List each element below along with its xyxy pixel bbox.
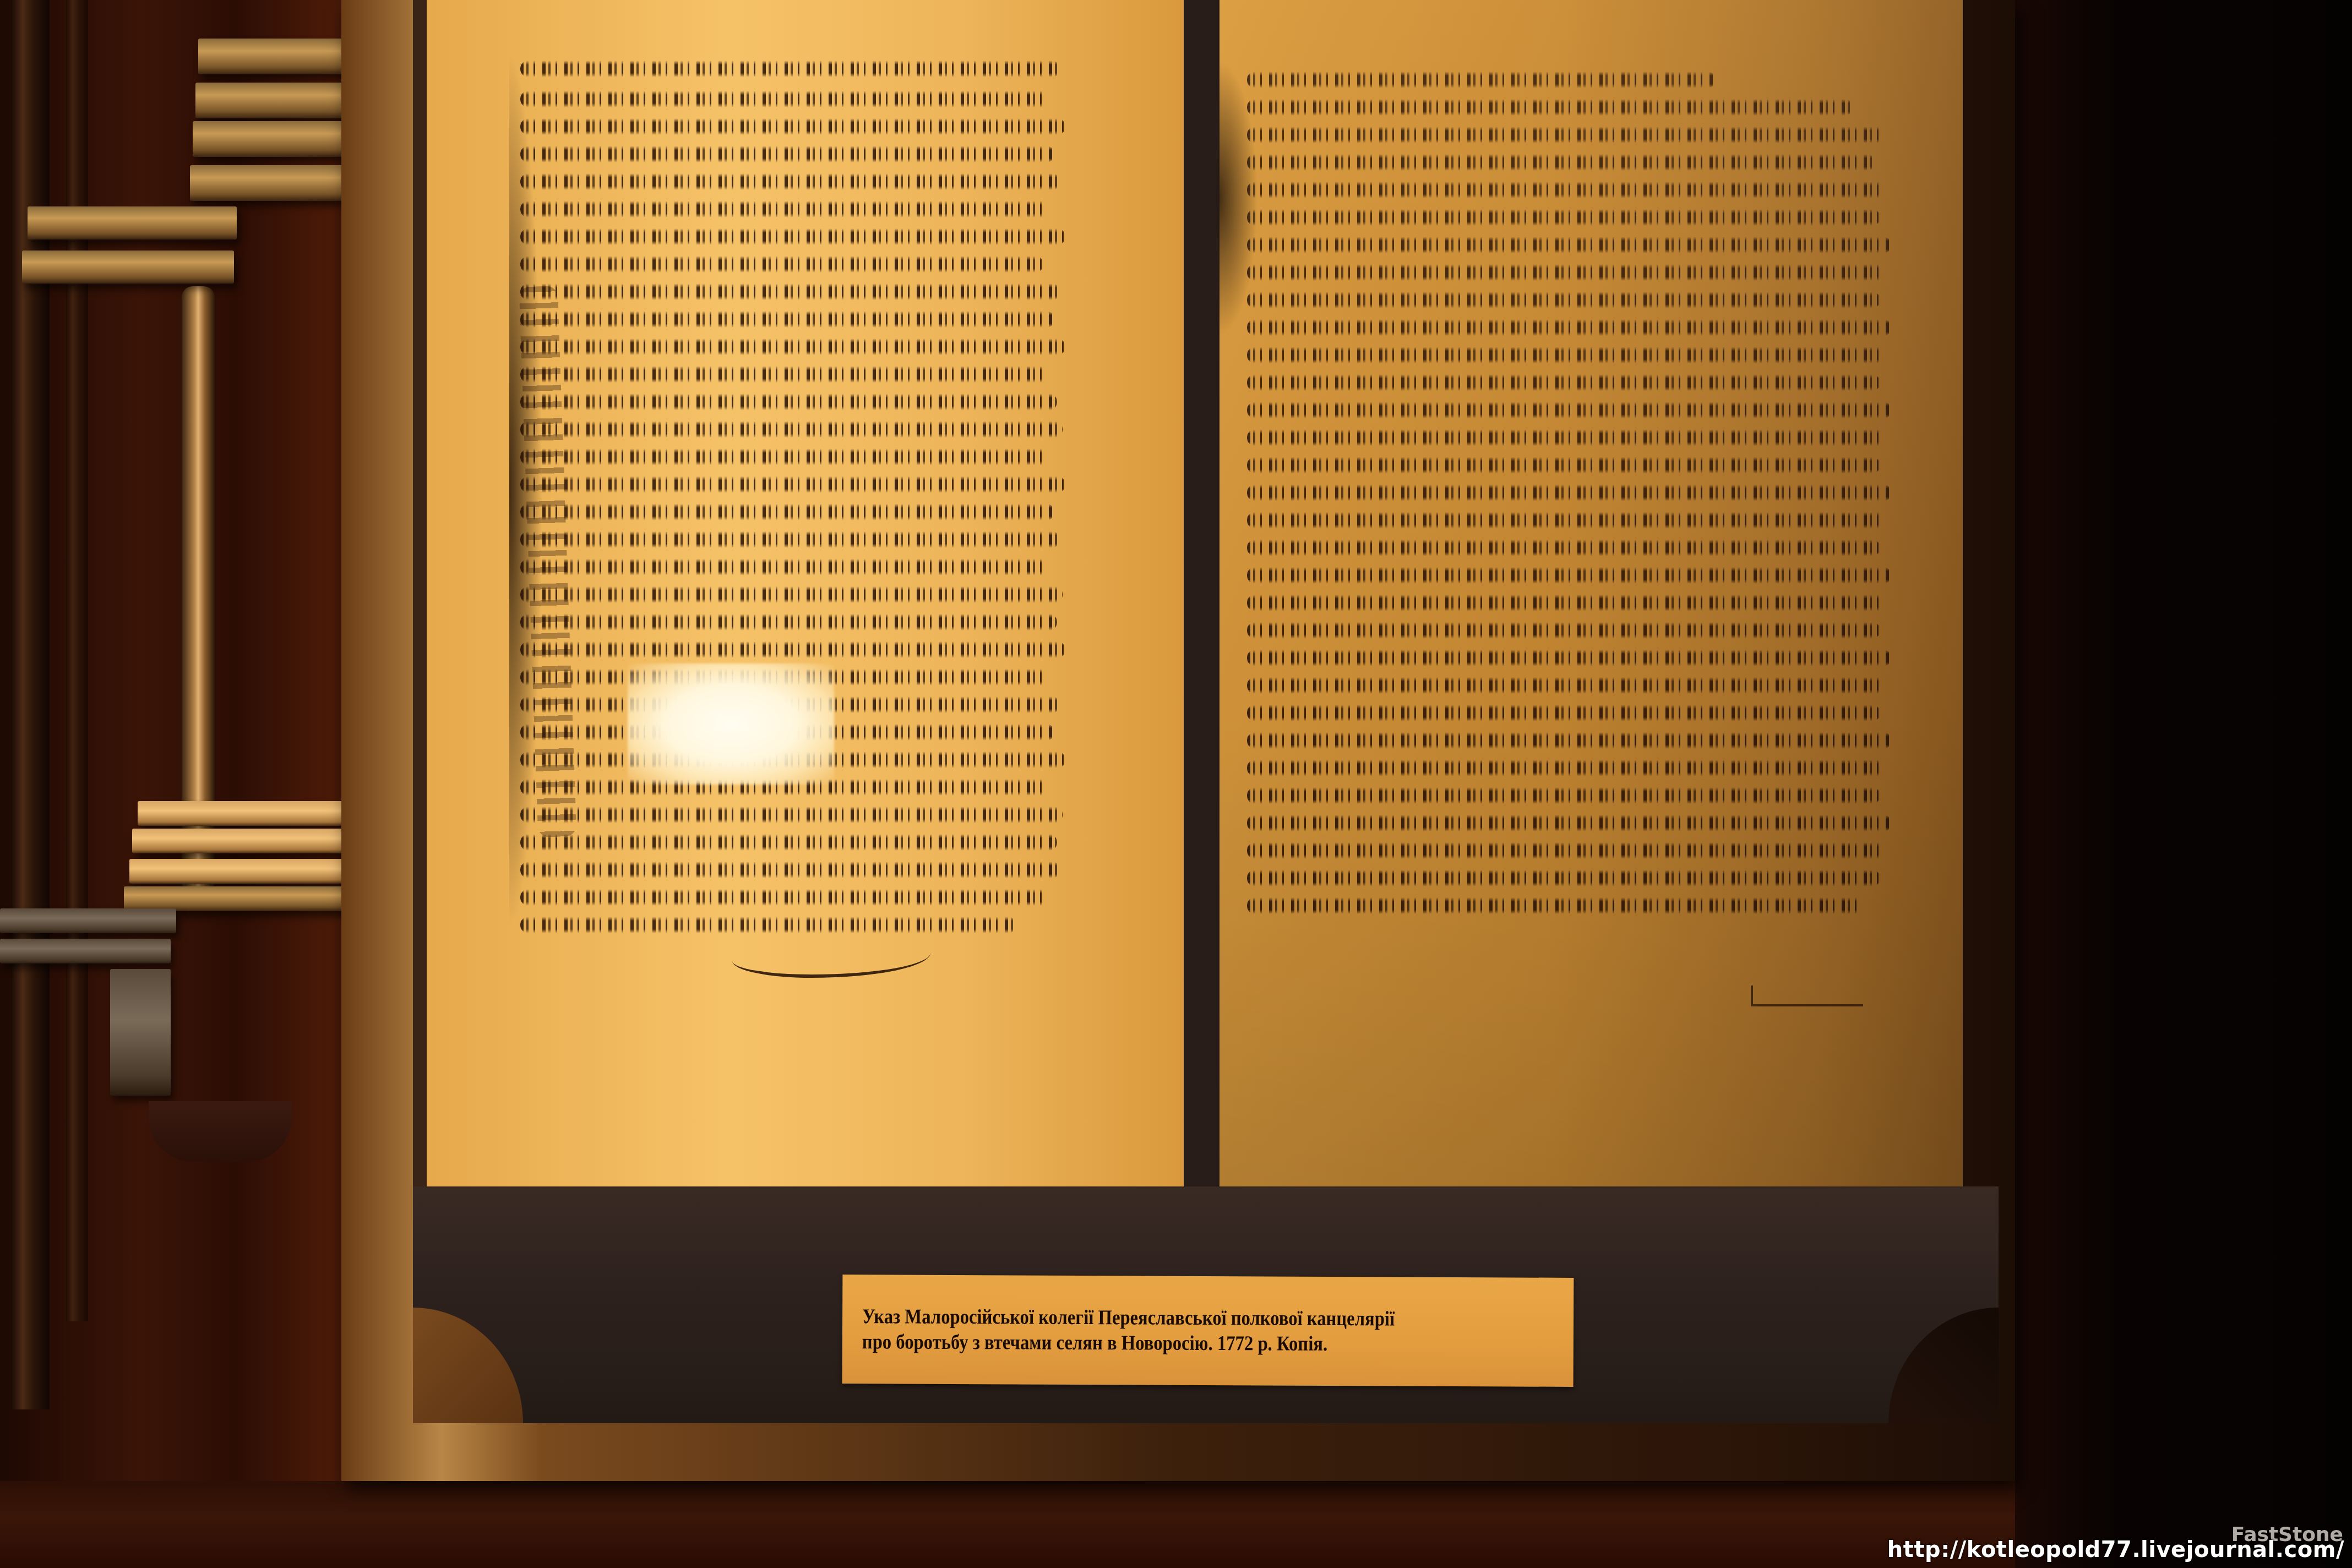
light-glare	[628, 663, 834, 785]
clamp-bar	[28, 206, 237, 239]
clamp-block	[110, 969, 171, 1096]
caption-line-2: про боротьбу з втечами селян в Новоросію…	[862, 1329, 1327, 1357]
exhibit-caption-label: Указ Малоросійської колегії Переяславськ…	[842, 1275, 1574, 1387]
dark-case-interior	[2015, 0, 2352, 1568]
photocopy-edge-shadow	[1219, 61, 1258, 336]
clamp-bar	[0, 939, 171, 963]
handwritten-text-block	[520, 55, 1071, 958]
clamp-bar	[132, 829, 363, 853]
case-rail	[66, 0, 88, 1321]
clamp-bar	[22, 251, 234, 284]
clamp-bar	[138, 801, 369, 826]
clamp-bar	[0, 908, 176, 933]
museum-exhibit-photo: Указ Малоросійської колегії Переяславськ…	[0, 0, 2352, 1568]
caption-line-1: Указ Малоросійської колегії Переяславськ…	[862, 1304, 1395, 1331]
clamp-bar	[124, 886, 361, 911]
signature-right	[1751, 986, 1863, 1006]
wooden-base	[0, 1481, 2015, 1568]
clamp-hook	[149, 1101, 292, 1162]
url-watermark: http://kotleopold77.livejournal.com/	[1887, 1537, 2344, 1562]
clamp-bar	[129, 859, 361, 884]
document-page-right	[1219, 0, 1963, 1186]
handwritten-text-block	[1247, 66, 1902, 947]
